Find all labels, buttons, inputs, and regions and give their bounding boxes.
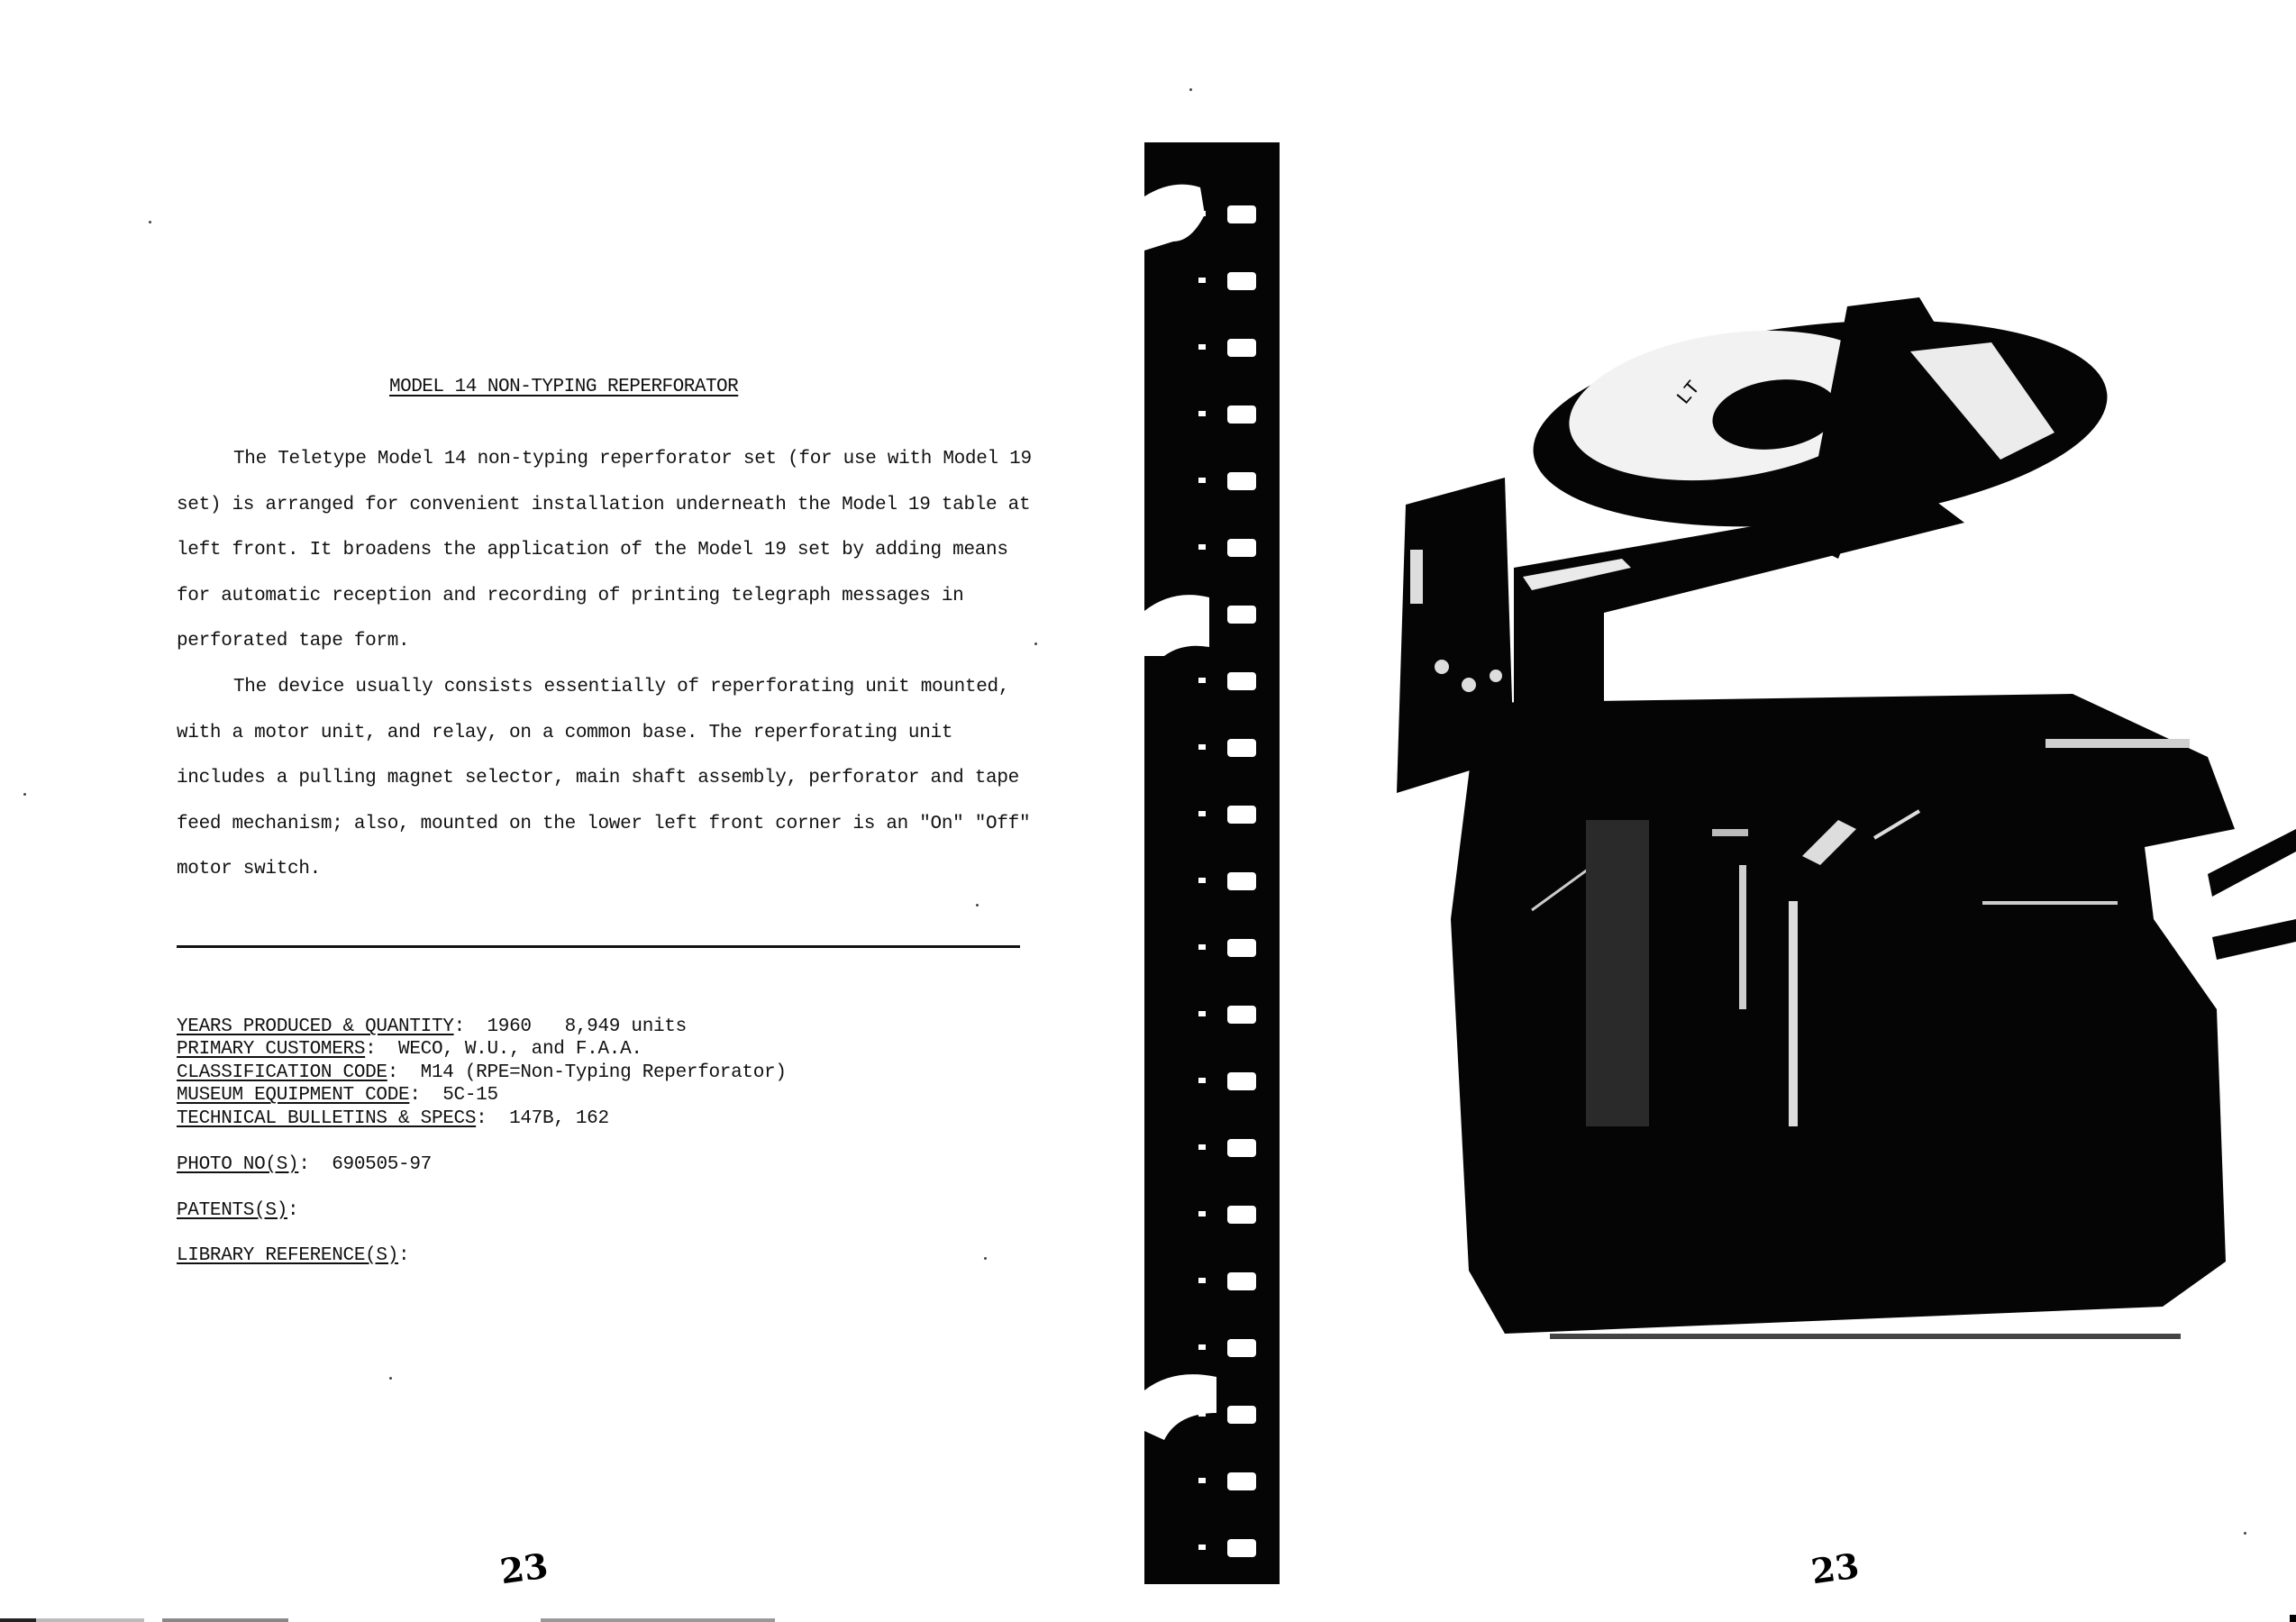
field-label: PATENTS(S): [177, 1200, 287, 1221]
field-value: WECO, W.U., and F.A.A.: [398, 1039, 642, 1060]
field-label: MUSEUM EQUIPMENT CODE: [177, 1085, 409, 1106]
field-value: M14 (RPE=Non-Typing Reperforator): [421, 1062, 787, 1083]
field-label: TECHNICAL BULLETINS & SPECS: [177, 1108, 476, 1129]
scan-speck: [1034, 642, 1037, 645]
page-number-right: 23: [1809, 1545, 1862, 1592]
field-value: 1960 8,949 units: [487, 1016, 686, 1037]
field-value: 690505-97: [332, 1154, 432, 1175]
field-separator: :: [409, 1085, 442, 1106]
scan-speck: [389, 1377, 392, 1380]
field-museum-equipment-code: MUSEUM EQUIPMENT CODE: 5C-15: [177, 1084, 498, 1107]
scan-bottom-edge: [0, 1618, 775, 1622]
scan-speck: [1189, 88, 1192, 91]
field-years-produced: YEARS PRODUCED & QUANTITY: 1960 8,949 un…: [177, 1016, 687, 1038]
page-number-left: 23: [497, 1545, 551, 1592]
field-label: LIBRARY REFERENCE(S): [177, 1245, 398, 1266]
document-title: MODEL 14 NON-TYPING REPERFORATOR: [389, 377, 738, 397]
field-label: PRIMARY CUSTOMERS: [177, 1039, 365, 1060]
field-patents: PATENTS(S):: [177, 1199, 298, 1222]
scan-speck: [2244, 1532, 2246, 1535]
field-library-references: LIBRARY REFERENCE(S):: [177, 1244, 409, 1267]
field-separator: :: [398, 1245, 409, 1266]
field-separator: :: [387, 1062, 421, 1083]
field-photo-numbers: PHOTO NO(S): 690505-97: [177, 1153, 432, 1176]
field-technical-bulletins: TECHNICAL BULLETINS & SPECS: 147B, 162: [177, 1107, 609, 1130]
description-paragraph-2: The device usually consists essentially …: [177, 665, 1042, 893]
field-separator: :: [298, 1154, 332, 1175]
field-label: CLASSIFICATION CODE: [177, 1062, 387, 1083]
scan-speck: [984, 1257, 987, 1260]
field-value: 147B, 162: [509, 1108, 609, 1129]
field-primary-customers: PRIMARY CUSTOMERS: WECO, W.U., and F.A.A…: [177, 1038, 642, 1061]
scan-speck: [976, 904, 979, 907]
field-separator: :: [454, 1016, 487, 1037]
field-separator: :: [287, 1200, 298, 1221]
scan-speck: [23, 793, 26, 796]
field-label: PHOTO NO(S): [177, 1154, 298, 1175]
field-value: 5C-15: [442, 1085, 498, 1106]
machine-photo: LT: [1370, 288, 2296, 1388]
field-separator: :: [365, 1039, 398, 1060]
field-separator: :: [476, 1108, 509, 1129]
scan-speck: [149, 221, 151, 223]
field-label: YEARS PRODUCED & QUANTITY: [177, 1016, 454, 1037]
description-paragraph-1: The Teletype Model 14 non-typing reperfo…: [177, 437, 1042, 665]
section-divider: [177, 945, 1020, 948]
field-classification-code: CLASSIFICATION CODE: M14 (RPE=Non-Typing…: [177, 1062, 787, 1084]
scan-corner-mark: [2290, 1615, 2296, 1622]
binding-strip: [1137, 142, 1290, 1584]
